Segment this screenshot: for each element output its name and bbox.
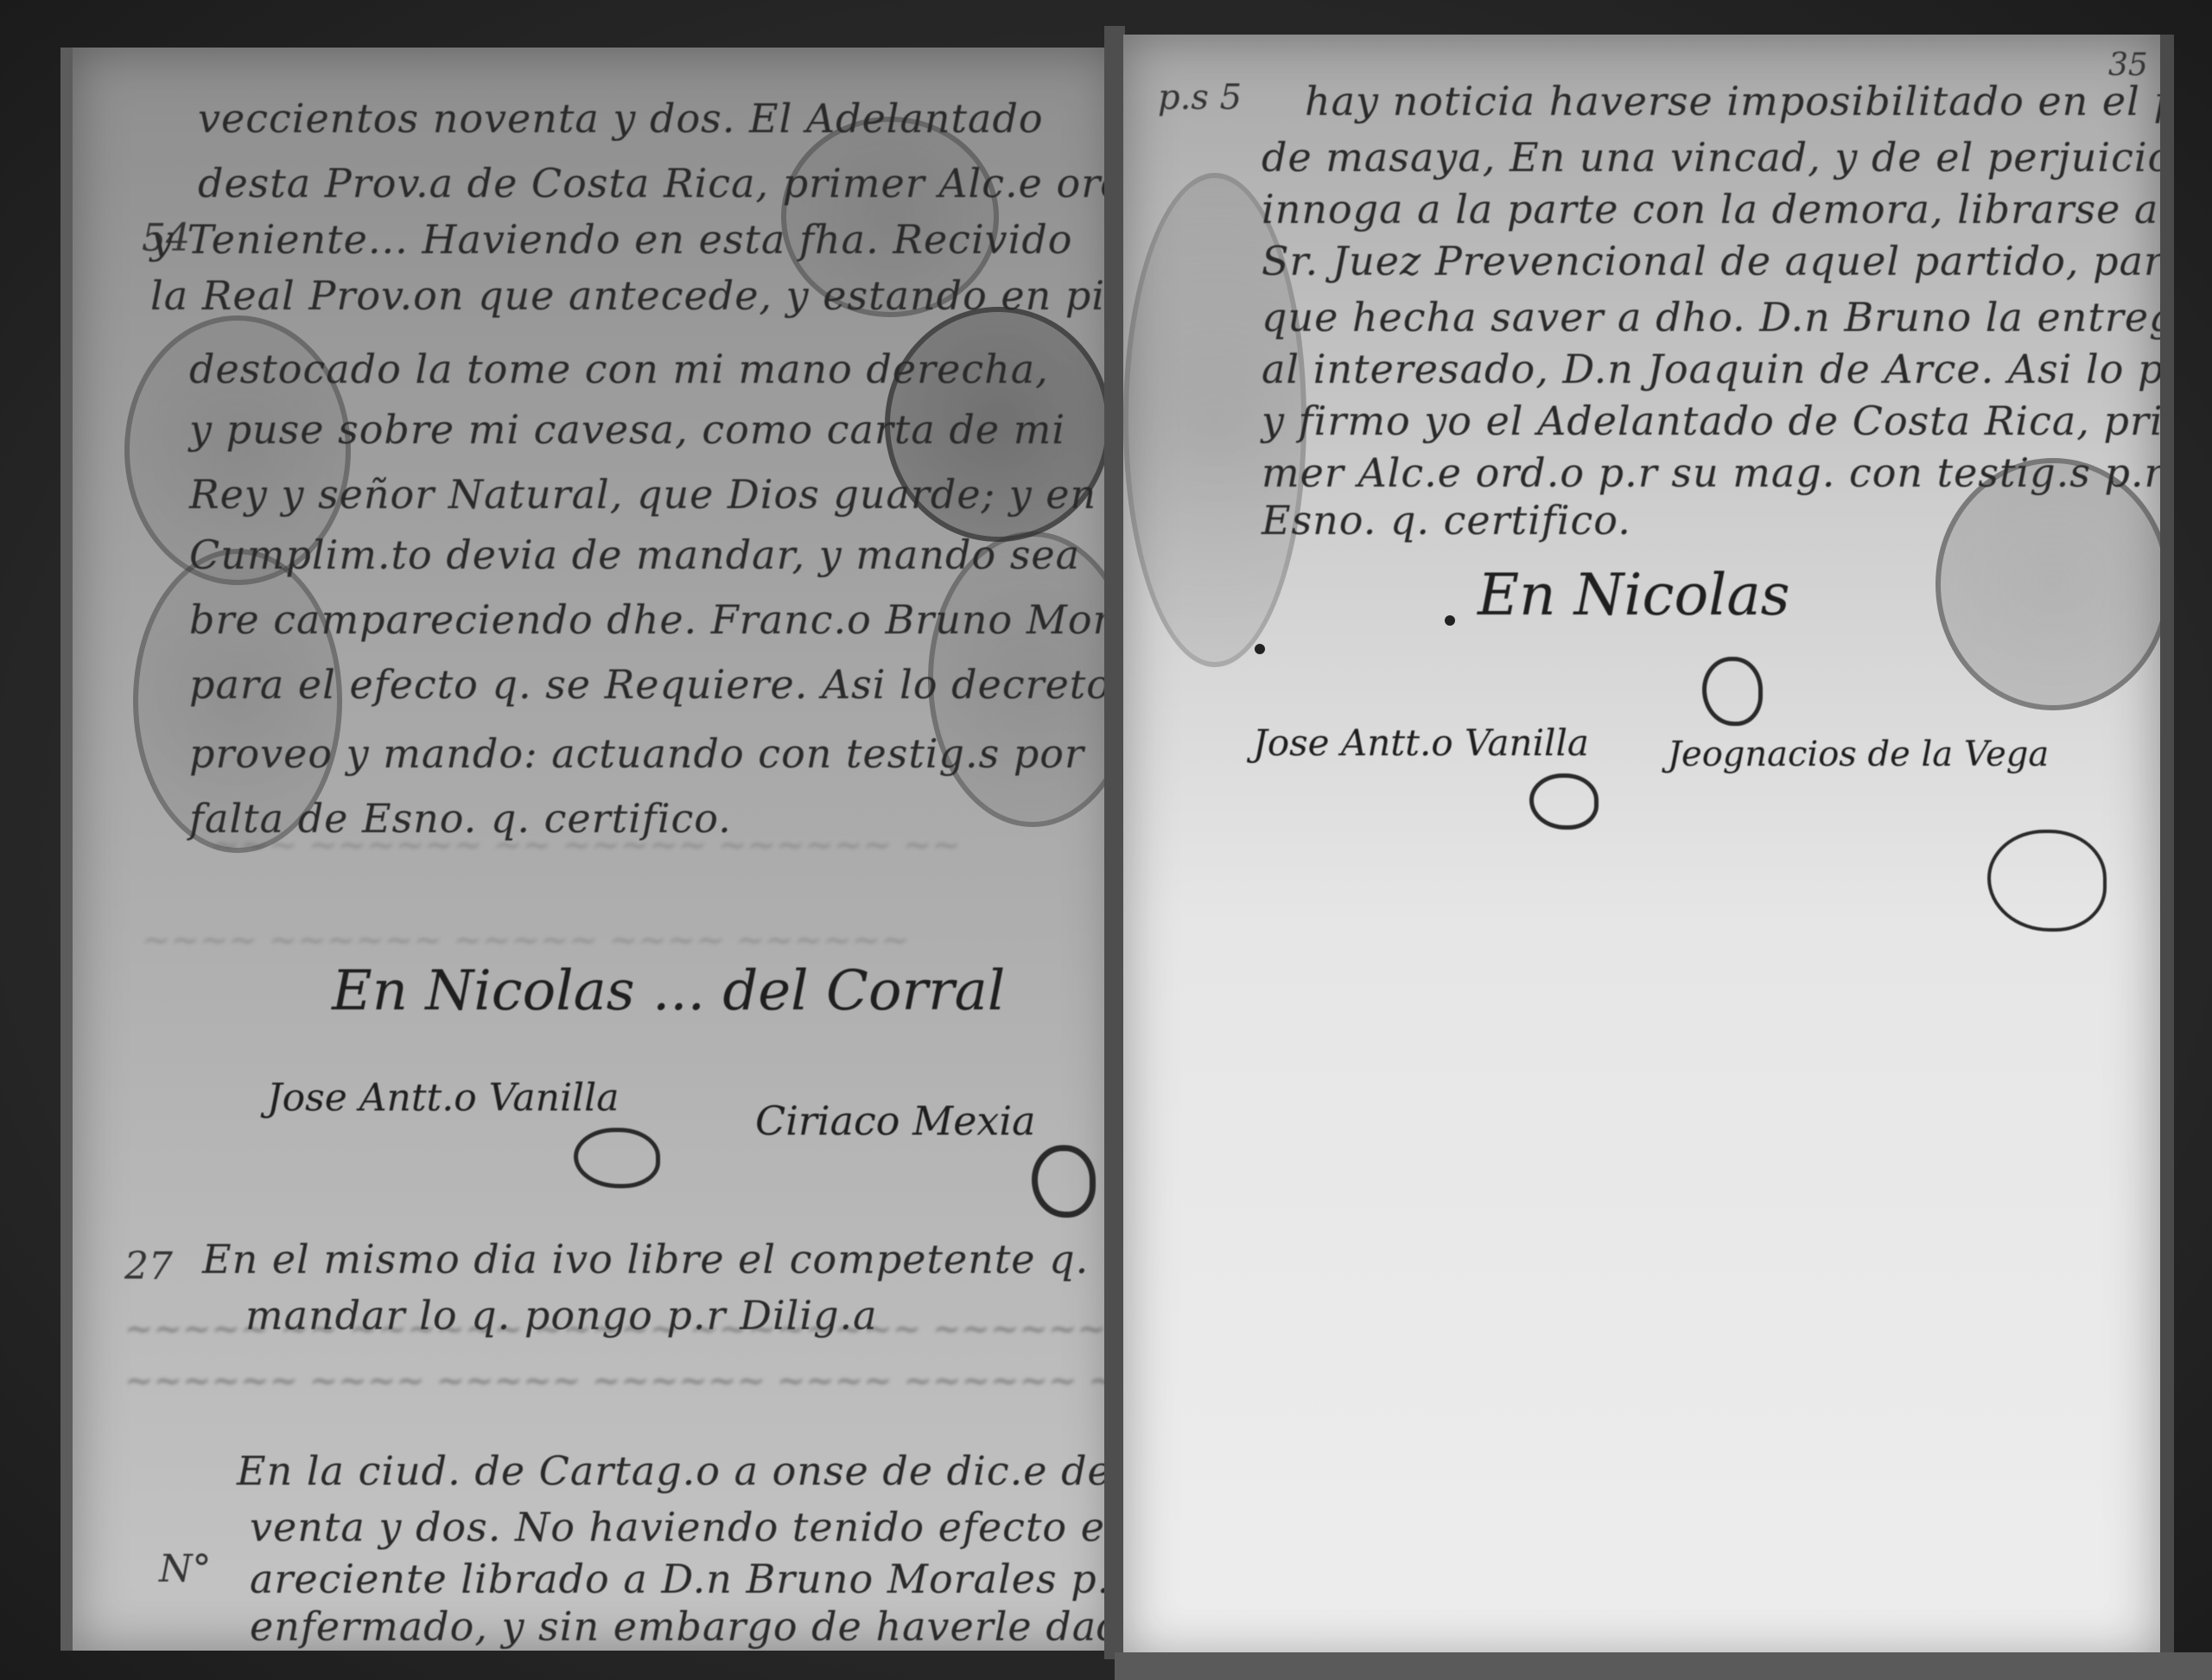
text-line: y firmo yo el Adelantado de Costa Rica, … [1262,398,2174,444]
left-folio: ~~~ ~~~~~~ ~~ ~~~~~ ~~~~~~ ~~ ~~~~ ~~~~~… [60,48,1118,1651]
text-line: enfermado, y sin embargo de haverle dado… [250,1603,1118,1650]
text-line: Cumplim.to devia de mandar, y mando sea [189,531,1080,578]
text-line: Sr. Juez Prevencional de aquel partido, … [1262,238,2174,284]
signature-witness: Jose Antt.o Vanilla [1253,722,1589,764]
book-gutter [1104,26,1125,1659]
rubric-flourish [574,1128,660,1188]
text-line: de masaya, En una vincad, y de el perjui… [1262,134,2174,181]
text-line: desta Prov.a de Costa Rica, primer Alc.e… [198,160,1118,207]
text-line: innoga a la parte con la demora, librars… [1262,186,2172,232]
text-line: hay noticia haverse imposibilitado en el… [1305,78,2174,124]
signature-witness: Jeognacios de la Vega [1668,735,2049,774]
text-line: y Teniente... Haviendo en esta fha. Reci… [150,216,1073,263]
text-line: Esno. q. certifico. [1262,497,1631,544]
text-line: En la ciud. de Cartag.o a onse de dic.e … [237,1448,1118,1494]
text-line: bre campareciendo dhe. Franc.o Bruno Mor… [189,596,1118,643]
signature-main: En Nicolas [1478,562,1790,628]
text-line: proveo y mando: actuando con testig.s po… [189,730,1084,777]
text-line: para el efecto q. se Requiere. Asi lo de… [189,661,1111,708]
rubric-flourish [1987,830,2107,932]
rubric-flourish [1702,657,1763,726]
margin-note: N° [159,1547,212,1591]
text-line: veccientos noventa y dos. El Adelantado [198,95,1044,142]
text-line: la Real Prov.on que antecede, y estando … [150,272,1118,319]
signature-witness: Ciriaco Mexia [755,1098,1036,1144]
ink-dot [1255,644,1265,654]
text-line: areciente librado a D.n Bruno Morales p.… [250,1556,1118,1602]
margin-note: p.s 5 [1158,78,1242,118]
right-folio: p.s 5 35 hay noticia haverse imposibilit… [1123,35,2174,1659]
text-line: que hecha saver a dho. D.n Bruno la entr… [1262,294,2174,340]
signature-witness: Jose Antt.o Vanilla [267,1076,619,1120]
ink-dot [1445,615,1455,626]
rubric-flourish [1032,1145,1096,1218]
text-line: y puse sobre mi cavesa, como carta de mi [189,406,1065,453]
rubric-flourish [1529,773,1599,830]
text-line: venta y dos. No haviendo tenido efecto e… [250,1504,1118,1550]
text-line: mandar lo q. pongo p.r Dilig.a [245,1292,878,1339]
text-line: mer Alc.e ord.o p.r su mag. con testig.s… [1262,449,2174,496]
text-line: En el mismo dia ivo libre el competente … [202,1236,1089,1282]
text-line: al interesado, D.n Joaquin de Arce. Asi … [1262,346,2174,392]
text-line: Rey y señor Natural, que Dios guarde; y … [189,471,1118,518]
film-edge [1115,1652,2212,1680]
signature-main: En Nicolas ... del Corral [332,959,1005,1023]
text-line: falta de Esno. q. certifico. [189,795,732,842]
text-line: destocado la tome con mi mano derecha, [189,346,1049,392]
margin-note: 27 [124,1244,173,1289]
